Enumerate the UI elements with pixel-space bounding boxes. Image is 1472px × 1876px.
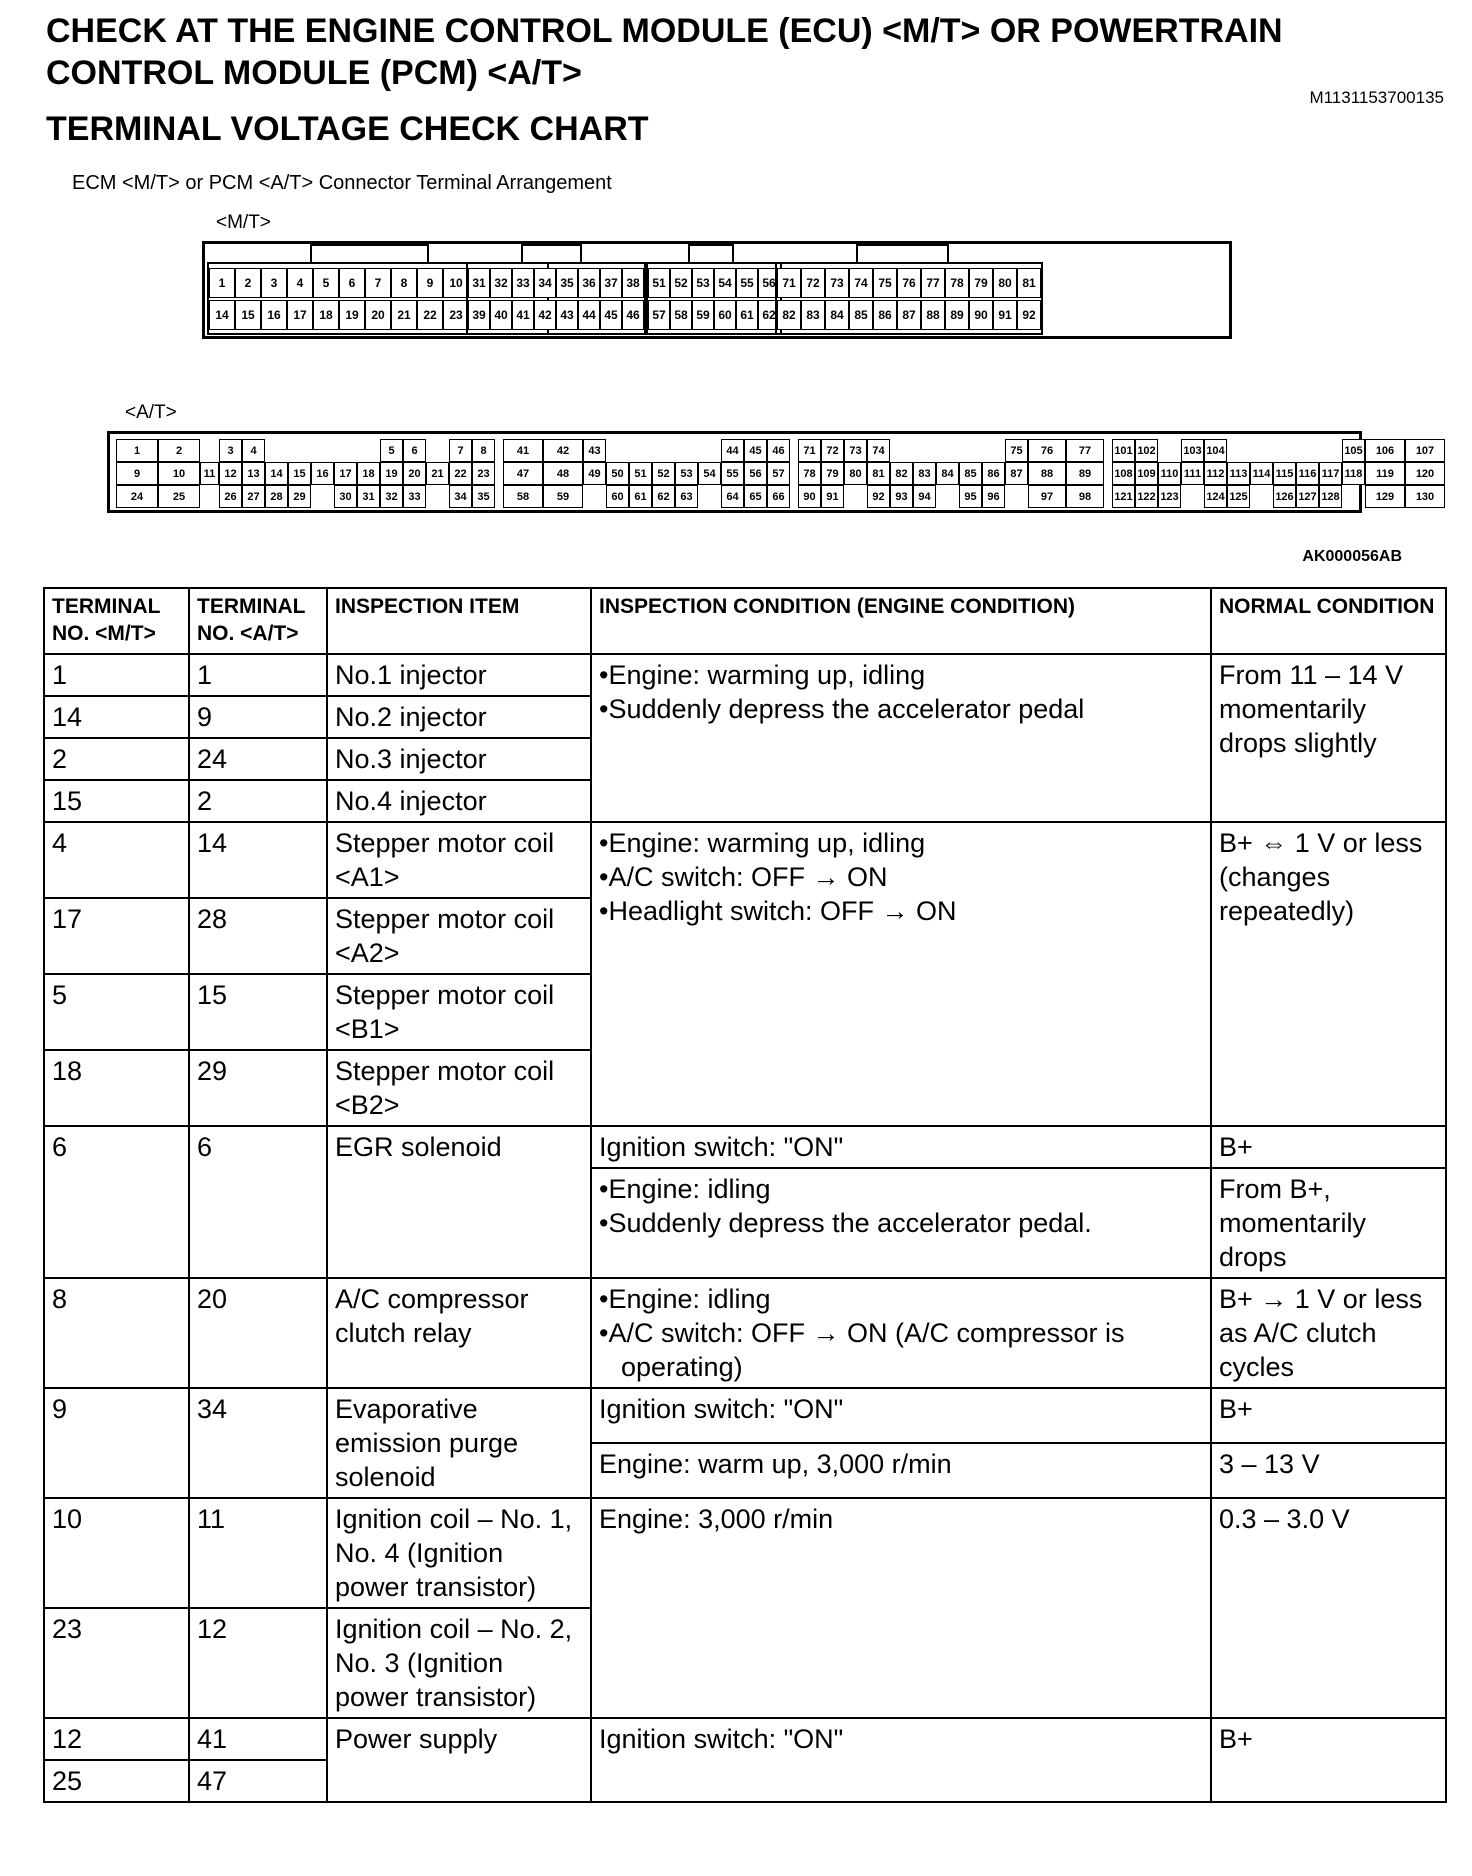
at-terminal: 116 [1296, 462, 1319, 485]
inspection-item-cell: Ignition coil – No. 2, No. 3 (Ignition p… [327, 1608, 591, 1718]
mt-terminal: 14 [209, 300, 235, 330]
mt-terminal: 92 [1017, 300, 1041, 330]
at-terminal: 96 [982, 485, 1005, 508]
table-row: 66EGR solenoidIgnition switch: "ON"B+ [44, 1126, 1446, 1168]
at-terminal: 1 [116, 439, 158, 462]
mt-terminal: 54 [714, 268, 736, 298]
mt-terminal: 55 [736, 268, 758, 298]
at-terminal: 41 [503, 439, 543, 462]
at-terminal: 112 [1204, 462, 1227, 485]
mt-terminal: 45 [600, 300, 622, 330]
terminal-mt-cell: 4 [44, 822, 189, 898]
terminal-at-cell: 47 [189, 1760, 327, 1802]
mt-terminal: 81 [1017, 268, 1041, 298]
mt-terminal: 40 [490, 300, 512, 330]
terminal-mt-cell: 1 [44, 654, 189, 696]
table-row: 1011Ignition coil – No. 1, No. 4 (Igniti… [44, 1498, 1446, 1608]
mt-terminal: 36 [578, 268, 600, 298]
at-terminal: 90 [798, 485, 821, 508]
at-terminal: 102 [1135, 439, 1158, 462]
at-terminal: 16 [311, 462, 334, 485]
inspection-condition-cell: •Engine: idling•A/C switch: OFF → ON (A/… [591, 1278, 1211, 1388]
mt-terminal: 37 [600, 268, 622, 298]
at-terminal: 29 [288, 485, 311, 508]
at-terminal: 103 [1181, 439, 1204, 462]
mt-terminal: 73 [825, 268, 849, 298]
at-terminal: 51 [629, 462, 652, 485]
at-terminal: 30 [334, 485, 357, 508]
mt-terminal: 42 [534, 300, 556, 330]
terminal-mt-cell: 10 [44, 1498, 189, 1608]
mt-terminal: 2 [235, 268, 261, 298]
table-row: 934Evaporative emission purge solenoidIg… [44, 1388, 1446, 1443]
at-terminal: 71 [798, 439, 821, 462]
at-terminal: 115 [1273, 462, 1296, 485]
condition-line: •Engine: warming up, idling [599, 826, 1203, 860]
at-terminal: 6 [403, 439, 426, 462]
at-terminal: 77 [1066, 439, 1104, 462]
at-terminal: 63 [675, 485, 698, 508]
at-terminal: 52 [652, 462, 675, 485]
at-terminal: 117 [1319, 462, 1342, 485]
at-terminal: 43 [583, 439, 606, 462]
terminal-mt-cell: 15 [44, 780, 189, 822]
mt-terminal: 74 [849, 268, 873, 298]
at-terminal: 92 [867, 485, 890, 508]
at-terminal: 109 [1135, 462, 1158, 485]
inspection-condition-cell: Engine: 3,000 r/min [591, 1498, 1211, 1718]
mt-terminal: 15 [235, 300, 261, 330]
mt-terminal: 59 [692, 300, 714, 330]
mt-terminal: 80 [993, 268, 1017, 298]
at-terminal: 59 [543, 485, 583, 508]
at-terminal: 66 [767, 485, 790, 508]
at-terminal: 86 [982, 462, 1005, 485]
at-terminal: 13 [242, 462, 265, 485]
terminal-at-cell: 29 [189, 1050, 327, 1126]
condition-line: •Engine: warming up, idling [599, 658, 1203, 692]
at-terminal: 56 [744, 462, 767, 485]
at-terminal: 31 [357, 485, 380, 508]
at-terminal: 24 [116, 485, 158, 508]
terminal-voltage-table: TERMINAL NO. <M/T> TERMINAL NO. <A/T> IN… [43, 587, 1447, 1803]
mt-terminal: 4 [287, 268, 313, 298]
at-terminal: 21 [426, 462, 449, 485]
mt-terminal: 19 [339, 300, 365, 330]
condition-line: •Suddenly depress the accelerator pedal [599, 692, 1203, 726]
mt-terminal: 18 [313, 300, 339, 330]
at-terminal: 55 [721, 462, 744, 485]
normal-condition-cell: B+ [1211, 1126, 1446, 1168]
at-terminal: 19 [380, 462, 403, 485]
mt-terminal: 85 [849, 300, 873, 330]
at-terminal: 3 [219, 439, 242, 462]
condition-line: operating) [599, 1350, 1203, 1384]
condition-line: •Engine: idling [599, 1282, 1203, 1316]
mt-terminal: 22 [417, 300, 443, 330]
terminal-mt-cell: 12 [44, 1718, 189, 1760]
at-terminal: 34 [449, 485, 472, 508]
header-normal-condition: NORMAL CONDITION [1211, 588, 1446, 654]
at-terminal: 28 [265, 485, 288, 508]
mt-terminal: 88 [921, 300, 945, 330]
at-terminal: 88 [1028, 462, 1066, 485]
mt-terminal: 44 [578, 300, 600, 330]
inspection-condition-cell: •Engine: warming up, idling•Suddenly dep… [591, 654, 1211, 822]
condition-line: Ignition switch: "ON" [599, 1392, 1203, 1426]
at-terminal: 53 [675, 462, 698, 485]
mt-terminal: 9 [417, 268, 443, 298]
mt-terminal: 76 [897, 268, 921, 298]
at-terminal: 75 [1005, 439, 1028, 462]
mt-terminal: 33 [512, 268, 534, 298]
inspection-item-cell: A/C compressor clutch relay [327, 1278, 591, 1388]
at-terminal: 97 [1028, 485, 1066, 508]
mt-terminal: 61 [736, 300, 758, 330]
terminal-at-cell: 34 [189, 1388, 327, 1498]
table-header-row: TERMINAL NO. <M/T> TERMINAL NO. <A/T> IN… [44, 588, 1446, 654]
mt-terminal: 5 [313, 268, 339, 298]
condition-line: Ignition switch: "ON" [599, 1130, 1203, 1164]
terminal-mt-cell: 14 [44, 696, 189, 738]
mt-connector-key [310, 244, 428, 262]
figure-id: AK000056AB [1302, 548, 1402, 566]
terminal-mt-cell: 6 [44, 1126, 189, 1278]
mt-terminal: 8 [391, 268, 417, 298]
at-terminal: 49 [583, 462, 606, 485]
mt-terminal: 89 [945, 300, 969, 330]
terminal-at-cell: 14 [189, 822, 327, 898]
terminal-at-cell: 12 [189, 1608, 327, 1718]
inspection-item-cell: No.1 injector [327, 654, 591, 696]
inspection-item-cell: Stepper motor coil <B2> [327, 1050, 591, 1126]
inspection-item-cell: Stepper motor coil <B1> [327, 974, 591, 1050]
inspection-item-cell: No.4 injector [327, 780, 591, 822]
terminal-at-cell: 1 [189, 654, 327, 696]
at-terminal: 124 [1204, 485, 1227, 508]
at-terminal: 72 [821, 439, 844, 462]
mt-terminal: 84 [825, 300, 849, 330]
at-terminal: 125 [1227, 485, 1250, 508]
normal-condition-cell: From 11 – 14 V momentarily drops slightl… [1211, 654, 1446, 822]
at-terminal: 45 [744, 439, 767, 462]
at-terminal: 85 [959, 462, 982, 485]
at-terminal: 7 [449, 439, 472, 462]
page-title-line-2: CONTROL MODULE (PCM) <A/T> [46, 52, 582, 94]
mt-terminal: 87 [897, 300, 921, 330]
terminal-at-cell: 15 [189, 974, 327, 1050]
at-terminal: 17 [334, 462, 357, 485]
at-terminal: 95 [959, 485, 982, 508]
terminal-at-cell: 41 [189, 1718, 327, 1760]
terminal-mt-cell: 23 [44, 1608, 189, 1718]
mt-terminal: 32 [490, 268, 512, 298]
normal-condition-cell: From B+, momentarily drops [1211, 1168, 1446, 1278]
at-terminal: 119 [1365, 462, 1405, 485]
terminal-at-cell: 11 [189, 1498, 327, 1608]
condition-line: •Engine: idling [599, 1172, 1203, 1206]
at-terminal: 82 [890, 462, 913, 485]
mt-terminal: 79 [969, 268, 993, 298]
mt-terminal: 31 [468, 268, 490, 298]
condition-line: •A/C switch: OFF → ON [599, 860, 1203, 894]
at-terminal: 78 [798, 462, 821, 485]
at-terminal: 104 [1204, 439, 1227, 462]
at-terminal: 105 [1342, 439, 1365, 462]
at-terminal: 94 [913, 485, 936, 508]
mt-terminal: 90 [969, 300, 993, 330]
mt-terminal: 16 [261, 300, 287, 330]
at-terminal: 106 [1365, 439, 1405, 462]
mt-terminal: 60 [714, 300, 736, 330]
section-title: TERMINAL VOLTAGE CHECK CHART [46, 108, 649, 150]
mt-terminal: 78 [945, 268, 969, 298]
inspection-condition-cell: •Engine: idling•Suddenly depress the acc… [591, 1168, 1211, 1278]
inspection-item-cell: Ignition coil – No. 1, No. 4 (Ignition p… [327, 1498, 591, 1608]
at-terminal: 128 [1319, 485, 1342, 508]
terminal-mt-cell: 25 [44, 1760, 189, 1802]
inspection-condition-cell: Ignition switch: "ON" [591, 1718, 1211, 1802]
mt-terminal: 3 [261, 268, 287, 298]
normal-condition-cell: B+ [1211, 1388, 1446, 1443]
mt-terminal: 43 [556, 300, 578, 330]
at-terminal: 54 [698, 462, 721, 485]
mt-terminal: 46 [622, 300, 644, 330]
at-terminal: 47 [503, 462, 543, 485]
at-terminal: 62 [652, 485, 675, 508]
at-terminal: 65 [744, 485, 767, 508]
mt-terminal: 91 [993, 300, 1017, 330]
at-terminal: 5 [380, 439, 403, 462]
condition-line: Ignition switch: "ON" [599, 1722, 1203, 1756]
at-terminal: 33 [403, 485, 426, 508]
at-terminal: 81 [867, 462, 890, 485]
at-terminal: 9 [116, 462, 158, 485]
at-terminal: 48 [543, 462, 583, 485]
terminal-mt-cell: 17 [44, 898, 189, 974]
at-terminal: 64 [721, 485, 744, 508]
connector-arrangement-caption: ECM <M/T> or PCM <A/T> Connector Termina… [72, 172, 612, 195]
at-terminal: 46 [767, 439, 790, 462]
at-terminal: 127 [1296, 485, 1319, 508]
terminal-mt-cell: 18 [44, 1050, 189, 1126]
at-terminal: 110 [1158, 462, 1181, 485]
condition-line: •Headlight switch: OFF → ON [599, 894, 1203, 928]
at-terminal: 14 [265, 462, 288, 485]
mt-terminal: 34 [534, 268, 556, 298]
at-terminal: 101 [1112, 439, 1135, 462]
inspection-item-cell: Stepper motor coil <A2> [327, 898, 591, 974]
inspection-condition-cell: Engine: warm up, 3,000 r/min [591, 1443, 1211, 1498]
inspection-condition-cell: •Engine: warming up, idling•A/C switch: … [591, 822, 1211, 1126]
mt-terminal: 41 [512, 300, 534, 330]
mt-terminal: 75 [873, 268, 897, 298]
at-terminal: 44 [721, 439, 744, 462]
at-terminal: 91 [821, 485, 844, 508]
at-terminal: 60 [606, 485, 629, 508]
at-terminal: 76 [1028, 439, 1066, 462]
mt-connector-diagram: 1142153164175186197208219221023112412251… [202, 241, 1232, 339]
mt-terminal: 83 [801, 300, 825, 330]
page-title-line-1: CHECK AT THE ENGINE CONTROL MODULE (ECU)… [46, 10, 1283, 52]
mt-terminal: 21 [391, 300, 417, 330]
at-terminal: 79 [821, 462, 844, 485]
at-terminal: 80 [844, 462, 867, 485]
at-terminal: 32 [380, 485, 403, 508]
terminal-at-cell: 20 [189, 1278, 327, 1388]
mt-terminal: 57 [648, 300, 670, 330]
at-terminal: 122 [1135, 485, 1158, 508]
terminal-mt-cell: 2 [44, 738, 189, 780]
at-terminal: 83 [913, 462, 936, 485]
at-terminal: 74 [867, 439, 890, 462]
at-terminal: 107 [1405, 439, 1445, 462]
mt-terminal: 58 [670, 300, 692, 330]
at-terminal: 22 [449, 462, 472, 485]
mt-terminal: 51 [648, 268, 670, 298]
at-terminal: 87 [1005, 462, 1028, 485]
at-terminal: 10 [158, 462, 200, 485]
at-terminal: 15 [288, 462, 311, 485]
at-terminal: 113 [1227, 462, 1250, 485]
condition-line: •Suddenly depress the accelerator pedal. [599, 1206, 1203, 1240]
header-terminal-at: TERMINAL NO. <A/T> [189, 588, 327, 654]
inspection-item-cell: No.2 injector [327, 696, 591, 738]
terminal-at-cell: 24 [189, 738, 327, 780]
at-terminal: 50 [606, 462, 629, 485]
at-terminal: 8 [472, 439, 495, 462]
at-terminal: 11 [200, 462, 219, 485]
normal-condition-cell: B+ → 1 V or less as A/C clutch cycles [1211, 1278, 1446, 1388]
at-terminal: 23 [472, 462, 495, 485]
at-terminal: 12 [219, 462, 242, 485]
terminal-at-cell: 9 [189, 696, 327, 738]
at-terminal: 20 [403, 462, 426, 485]
terminal-mt-cell: 9 [44, 1388, 189, 1498]
at-terminal: 42 [543, 439, 583, 462]
header-inspection-item: INSPECTION ITEM [327, 588, 591, 654]
at-terminal: 129 [1365, 485, 1405, 508]
inspection-item-cell: No.3 injector [327, 738, 591, 780]
at-terminal: 25 [158, 485, 200, 508]
table-row: 1241Power supplyIgnition switch: "ON"B+ [44, 1718, 1446, 1760]
condition-line: •A/C switch: OFF → ON (A/C compressor is [599, 1316, 1203, 1350]
at-terminal: 111 [1181, 462, 1204, 485]
table-row: 414Stepper motor coil <A1>•Engine: warmi… [44, 822, 1446, 898]
at-terminal: 84 [936, 462, 959, 485]
at-terminal: 98 [1066, 485, 1104, 508]
table-row: 11No.1 injector•Engine: warming up, idli… [44, 654, 1446, 696]
at-terminal: 18 [357, 462, 380, 485]
mt-terminal: 86 [873, 300, 897, 330]
at-terminal: 93 [890, 485, 913, 508]
at-terminal: 114 [1250, 462, 1273, 485]
mt-terminal: 82 [777, 300, 801, 330]
mt-terminal: 17 [287, 300, 313, 330]
mt-terminal: 1 [209, 268, 235, 298]
mt-terminal: 20 [365, 300, 391, 330]
inspection-condition-cell: Ignition switch: "ON" [591, 1388, 1211, 1443]
terminal-mt-cell: 5 [44, 974, 189, 1050]
mt-terminal: 38 [622, 268, 644, 298]
mt-terminal: 77 [921, 268, 945, 298]
mt-terminal: 35 [556, 268, 578, 298]
at-terminal: 57 [767, 462, 790, 485]
document-id: M1131153700135 [1309, 88, 1444, 108]
at-terminal: 89 [1066, 462, 1104, 485]
inspection-item-cell: Power supply [327, 1718, 591, 1802]
inspection-item-cell: EGR solenoid [327, 1126, 591, 1278]
at-terminal: 130 [1405, 485, 1445, 508]
at-terminal: 2 [158, 439, 200, 462]
mt-connector-label: <M/T> [216, 212, 271, 234]
at-connector-label: <A/T> [125, 402, 177, 424]
terminal-at-cell: 28 [189, 898, 327, 974]
table-row: 820A/C compressor clutch relay•Engine: i… [44, 1278, 1446, 1388]
header-terminal-mt: TERMINAL NO. <M/T> [44, 588, 189, 654]
terminal-at-cell: 2 [189, 780, 327, 822]
at-terminal: 118 [1342, 462, 1365, 485]
at-terminal: 108 [1112, 462, 1135, 485]
at-terminal: 61 [629, 485, 652, 508]
inspection-item-cell: Evaporative emission purge solenoid [327, 1388, 591, 1498]
at-terminal: 123 [1158, 485, 1181, 508]
at-terminal: 35 [472, 485, 495, 508]
inspection-item-cell: Stepper motor coil <A1> [327, 822, 591, 898]
at-connector-diagram: 1234567841424344454671727374757677101102… [107, 431, 1362, 513]
normal-condition-cell: 3 – 13 V [1211, 1443, 1446, 1498]
at-terminal: 27 [242, 485, 265, 508]
mt-terminal: 6 [339, 268, 365, 298]
condition-line: Engine: warm up, 3,000 r/min [599, 1447, 1203, 1481]
mt-terminal: 39 [468, 300, 490, 330]
normal-condition-cell: 0.3 – 3.0 V [1211, 1498, 1446, 1718]
at-terminal: 58 [503, 485, 543, 508]
mt-terminal: 52 [670, 268, 692, 298]
mt-terminal: 71 [777, 268, 801, 298]
condition-line: Engine: 3,000 r/min [599, 1502, 1203, 1536]
terminal-mt-cell: 8 [44, 1278, 189, 1388]
terminal-at-cell: 6 [189, 1126, 327, 1278]
inspection-condition-cell: Ignition switch: "ON" [591, 1126, 1211, 1168]
mt-connector-key [856, 244, 948, 262]
normal-condition-cell: B+ [1211, 1718, 1446, 1802]
at-terminal: 26 [219, 485, 242, 508]
at-terminal: 4 [242, 439, 265, 462]
mt-connector-key [521, 244, 583, 262]
at-terminal: 126 [1273, 485, 1296, 508]
mt-connector-key [688, 244, 734, 262]
mt-terminal: 53 [692, 268, 714, 298]
header-inspection-condition: INSPECTION CONDITION (ENGINE CONDITION) [591, 588, 1211, 654]
mt-terminal: 7 [365, 268, 391, 298]
at-terminal: 121 [1112, 485, 1135, 508]
at-terminal: 120 [1405, 462, 1445, 485]
at-terminal: 73 [844, 439, 867, 462]
normal-condition-cell: B+ ⇔ 1 V or less (changes repeatedly) [1211, 822, 1446, 1126]
mt-terminal: 72 [801, 268, 825, 298]
